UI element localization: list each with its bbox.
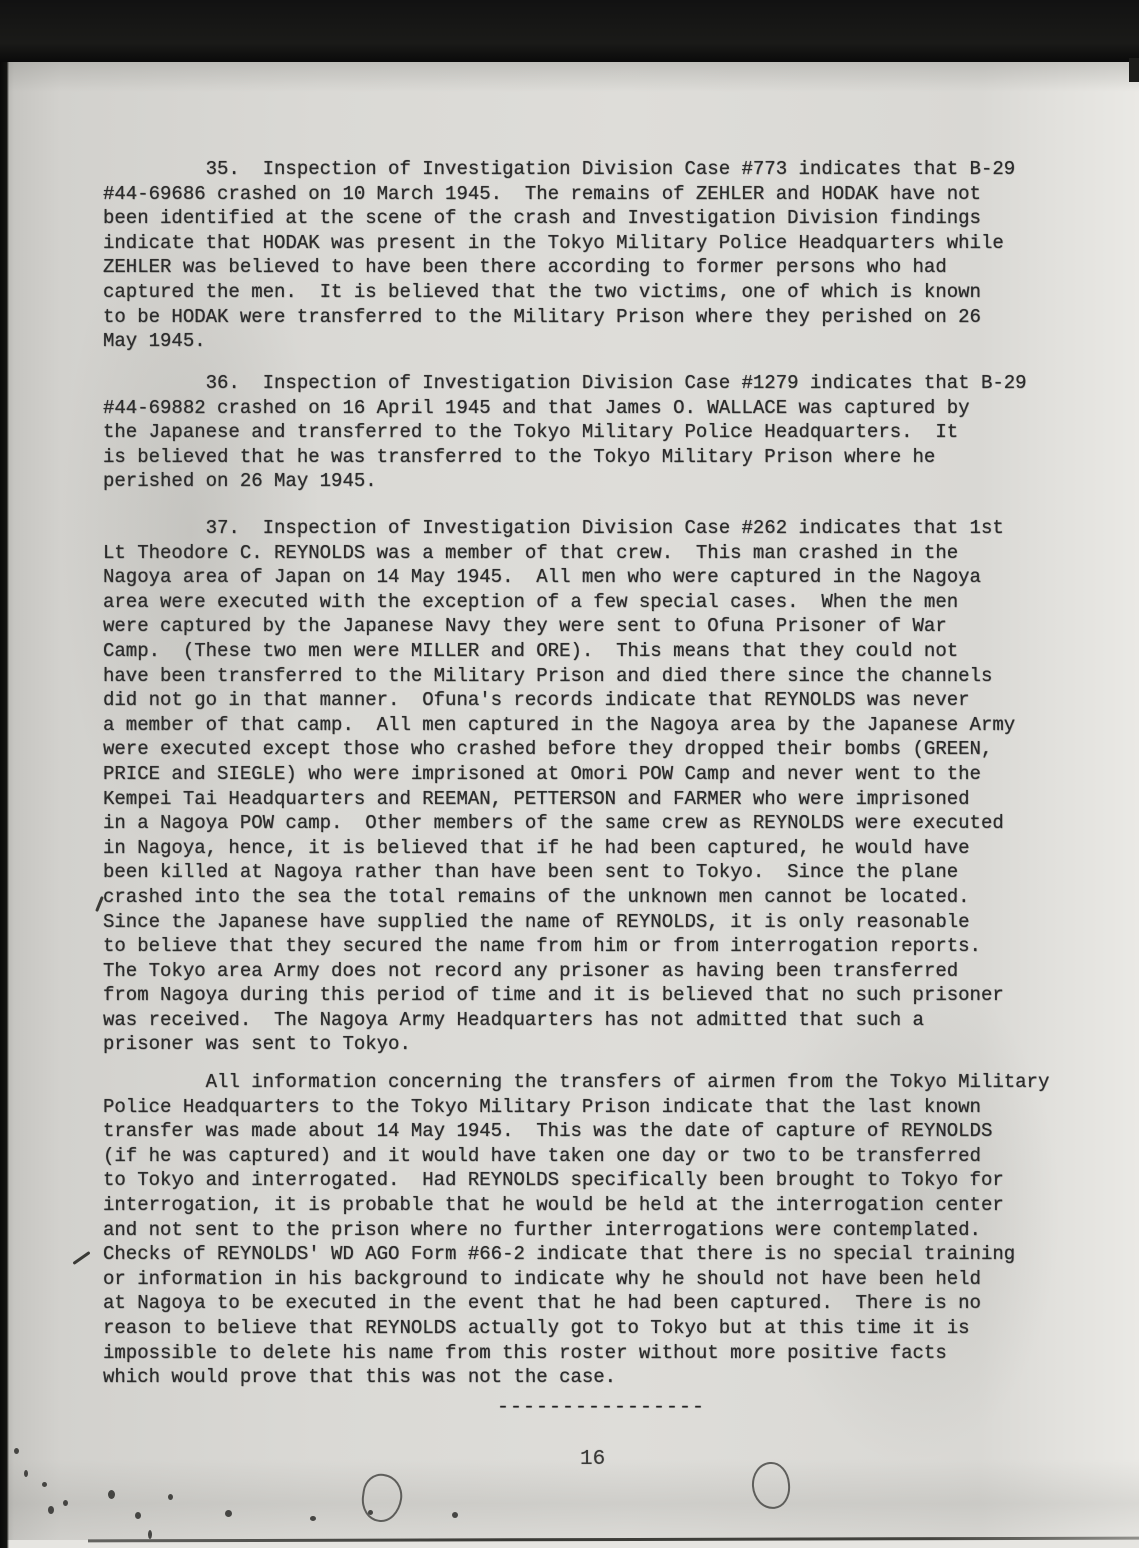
paragraph-summary: All information concerning the transfers… — [103, 1070, 1049, 1390]
typewritten-line: prisoner was sent to Tokyo. — [103, 1032, 1015, 1057]
typewritten-line: Nagoya area of Japan on 14 May 1945. All… — [103, 565, 1015, 590]
typewritten-line: area were executed with the exception of… — [103, 590, 1015, 615]
typewritten-line: indicate that HODAK was present in the T… — [103, 231, 1015, 256]
scan-speckle — [14, 1448, 19, 1454]
typewritten-line: at Nagoya to be executed in the event th… — [103, 1291, 1049, 1316]
typewritten-line: to be HODAK were transferred to the Mili… — [103, 305, 1015, 330]
typewritten-line: a member of that camp. All men captured … — [103, 713, 1015, 738]
typewritten-line: in Nagoya, hence, it is believed that if… — [103, 836, 1015, 861]
typewritten-line: have been transferred to the Military Pr… — [103, 664, 1015, 689]
typewritten-line: 35. Inspection of Investigation Division… — [103, 157, 1015, 182]
scan-left-border — [0, 54, 9, 1548]
typewritten-line: or information in his background to indi… — [103, 1267, 1049, 1292]
typewritten-line: were executed except those who crashed b… — [103, 737, 1015, 762]
typewritten-line: reason to believe that REYNOLDS actually… — [103, 1316, 1049, 1341]
typewritten-line: been killed at Nagoya rather than have b… — [103, 860, 1015, 885]
typewritten-line: from Nagoya during this period of time a… — [103, 983, 1015, 1008]
typewritten-line: The Tokyo area Army does not record any … — [103, 959, 1015, 984]
typewritten-line: did not go in that manner. Ofuna's recor… — [103, 688, 1015, 713]
typewritten-line: ZEHLER was believed to have been there a… — [103, 255, 1015, 280]
typewritten-line: PRICE and SIEGLE) who were imprisoned at… — [103, 762, 1015, 787]
paragraph-35: 35. Inspection of Investigation Division… — [103, 157, 1015, 354]
typewritten-line: captured the men. It is believed that th… — [103, 280, 1015, 305]
scan-speckle — [452, 1512, 458, 1518]
scan-speckle — [310, 1516, 316, 1521]
paragraph-36: 36. Inspection of Investigation Division… — [103, 371, 1027, 494]
scan-speckle — [24, 1470, 28, 1477]
scan-speckle — [42, 1482, 47, 1487]
typewritten-line: Camp. (These two men were MILLER and ORE… — [103, 639, 1015, 664]
typewritten-line: to believe that they secured the name fr… — [103, 934, 1015, 959]
typewritten-line: May 1945. — [103, 329, 1015, 354]
typewritten-line: interrogation, it is probable that he wo… — [103, 1193, 1049, 1218]
typewritten-line: Checks of REYNOLDS' WD AGO Form #66-2 in… — [103, 1242, 1049, 1267]
typewritten-line: to Tokyo and interrogated. Had REYNOLDS … — [103, 1168, 1049, 1193]
typewritten-line: was received. The Nagoya Army Headquarte… — [103, 1008, 1015, 1033]
scan-top-border-right-edge — [1129, 58, 1139, 82]
typewritten-line: perished on 26 May 1945. — [103, 469, 1027, 494]
scanned-document-page: DECLASSIFIED IAW EO 13256 35. Inspection… — [0, 0, 1139, 1548]
typewritten-line: which would prove that this was not the … — [103, 1365, 1049, 1390]
typewritten-line: is believed that he was transferred to t… — [103, 445, 1027, 470]
typewritten-line: #44-69882 crashed on 16 April 1945 and t… — [103, 396, 1027, 421]
typewritten-line: crashed into the sea the total remains o… — [103, 885, 1015, 910]
scan-speckle — [168, 1494, 173, 1500]
typewritten-line: Kempei Tai Headquarters and REEMAN, PETT… — [103, 787, 1015, 812]
typewritten-line: (if he was captured) and it would have t… — [103, 1144, 1049, 1169]
typewritten-line: All information concerning the transfers… — [103, 1070, 1049, 1095]
scan-speckle — [368, 1510, 373, 1515]
typewritten-line: transfer was made about 14 May 1945. Thi… — [103, 1119, 1049, 1144]
typewritten-line: Lt Theodore C. REYNOLDS was a member of … — [103, 541, 1015, 566]
scan-speckle — [225, 1510, 232, 1517]
typewritten-line: been identified at the scene of the cras… — [103, 206, 1015, 231]
typewritten-line: impossible to delete his name from this … — [103, 1341, 1049, 1366]
typewritten-line: were captured by the Japanese Navy they … — [103, 614, 1015, 639]
typewritten-line: in a Nagoya POW camp. Other members of t… — [103, 811, 1015, 836]
typewritten-line: the Japanese and transferred to the Toky… — [103, 420, 1027, 445]
typewritten-line: Since the Japanese have supplied the nam… — [103, 910, 1015, 935]
typewritten-line: 36. Inspection of Investigation Division… — [103, 371, 1027, 396]
scan-speckle — [135, 1512, 141, 1519]
paragraph-37: 37. Inspection of Investigation Division… — [103, 516, 1015, 1057]
typewritten-line: Police Headquarters to the Tokyo Militar… — [103, 1095, 1049, 1120]
scan-top-border — [0, 0, 1139, 62]
scan-speckle — [63, 1500, 68, 1506]
typewritten-line: 37. Inspection of Investigation Division… — [103, 516, 1015, 541]
scan-speckle — [148, 1530, 152, 1539]
page-number: 16 — [580, 1448, 605, 1471]
typewritten-line: and not sent to the prison where no furt… — [103, 1218, 1049, 1243]
scan-speckle — [108, 1490, 115, 1499]
scan-speckle — [48, 1506, 54, 1514]
typewritten-line: #44-69686 crashed on 10 March 1945. The … — [103, 182, 1015, 207]
dashed-separator: ---------------- — [497, 1396, 705, 1419]
